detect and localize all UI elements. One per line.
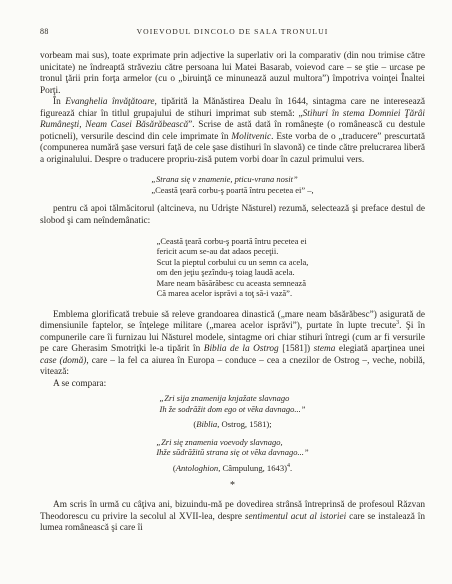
verse-line: om den jeţiu şezîndu-ş toiag laudă acela… (157, 267, 309, 278)
paragraph-am-scris: Am scris în urmă cu câţiva ani, bizuindu… (40, 500, 425, 535)
verse-strana: „Strana się v znamenie, pticu-vrana nosi… (40, 174, 425, 195)
paragraph-evanghelia: În Evanghelia învăţătoare, tipărită la M… (40, 97, 425, 166)
section-separator-asterisk: * (40, 481, 425, 491)
verse-line: Scut la pieptul corbului cu un semn ca a… (157, 257, 309, 268)
verse-slavonic-ostrog-line-1: „Zri sija znamenija knjažate slavnago (160, 393, 306, 404)
paragraph-superlatives: vorbeam mai sus), toate exprimate prin a… (40, 51, 425, 97)
verse-strana-line-1: „Strana się v znamenie, pticu-vrana nosi… (151, 174, 313, 185)
verse-slavonic-antologhion: „Zri się znamenia voevody slavnago, Ihže… (40, 437, 425, 458)
running-header: 88 VOIEVODUL DINCOLO DE SALA TRONULUI (40, 27, 425, 38)
verse-line: Că marea acelor isprăvi a toţ să-i vază”… (157, 288, 309, 299)
verse-slavonic-antologhion-line-1: „Zri się znamenia voevody slavnago, (156, 437, 308, 448)
verse-slavonic-antologhion-line-2: Ihže sŭdrăžitŭ strana się ot vĕka davnag… (156, 447, 308, 458)
attribution-antologhion: (Antologhion, Câmpulung, 1643)4. (40, 463, 425, 474)
running-header-title: VOIEVODUL DINCOLO DE SALA TRONULUI (40, 27, 425, 36)
verse-slavonic-ostrog-line-2: Ih že sodrăžit dom ego ot vĕka davnago..… (160, 404, 306, 415)
verse-line: fericit acum se-au dat adaos peceţii. (157, 246, 309, 257)
verse-line: Mare neam băsărăbesc cu aceasta semnează (157, 278, 309, 289)
paragraph-talmacitor: pentru că apoi tălmăcitorul (altcineva, … (40, 204, 425, 227)
verse-slavonic-ostrog: „Zri sija znamenija knjažate slavnago Ih… (40, 393, 425, 414)
verse-ceasta-teara: „Ceastă ţeară corbu-ş poartă întru pecet… (40, 236, 425, 299)
book-page: 88 VOIEVODUL DINCOLO DE SALA TRONULUI vo… (0, 0, 452, 535)
verse-line: „Ceastă ţeară corbu-ş poartă întru pecet… (157, 236, 309, 247)
paragraph-emblema: Emblema glorificată trebuie să releve gr… (40, 310, 425, 379)
compare-label: A se compara: (40, 379, 425, 391)
verse-strana-line-2: „Ceastă ţeară corbu-ş poartă întru pecet… (151, 185, 313, 196)
attribution-biblia-ostrog: (Biblia, Ostrog, 1581); (40, 419, 425, 430)
